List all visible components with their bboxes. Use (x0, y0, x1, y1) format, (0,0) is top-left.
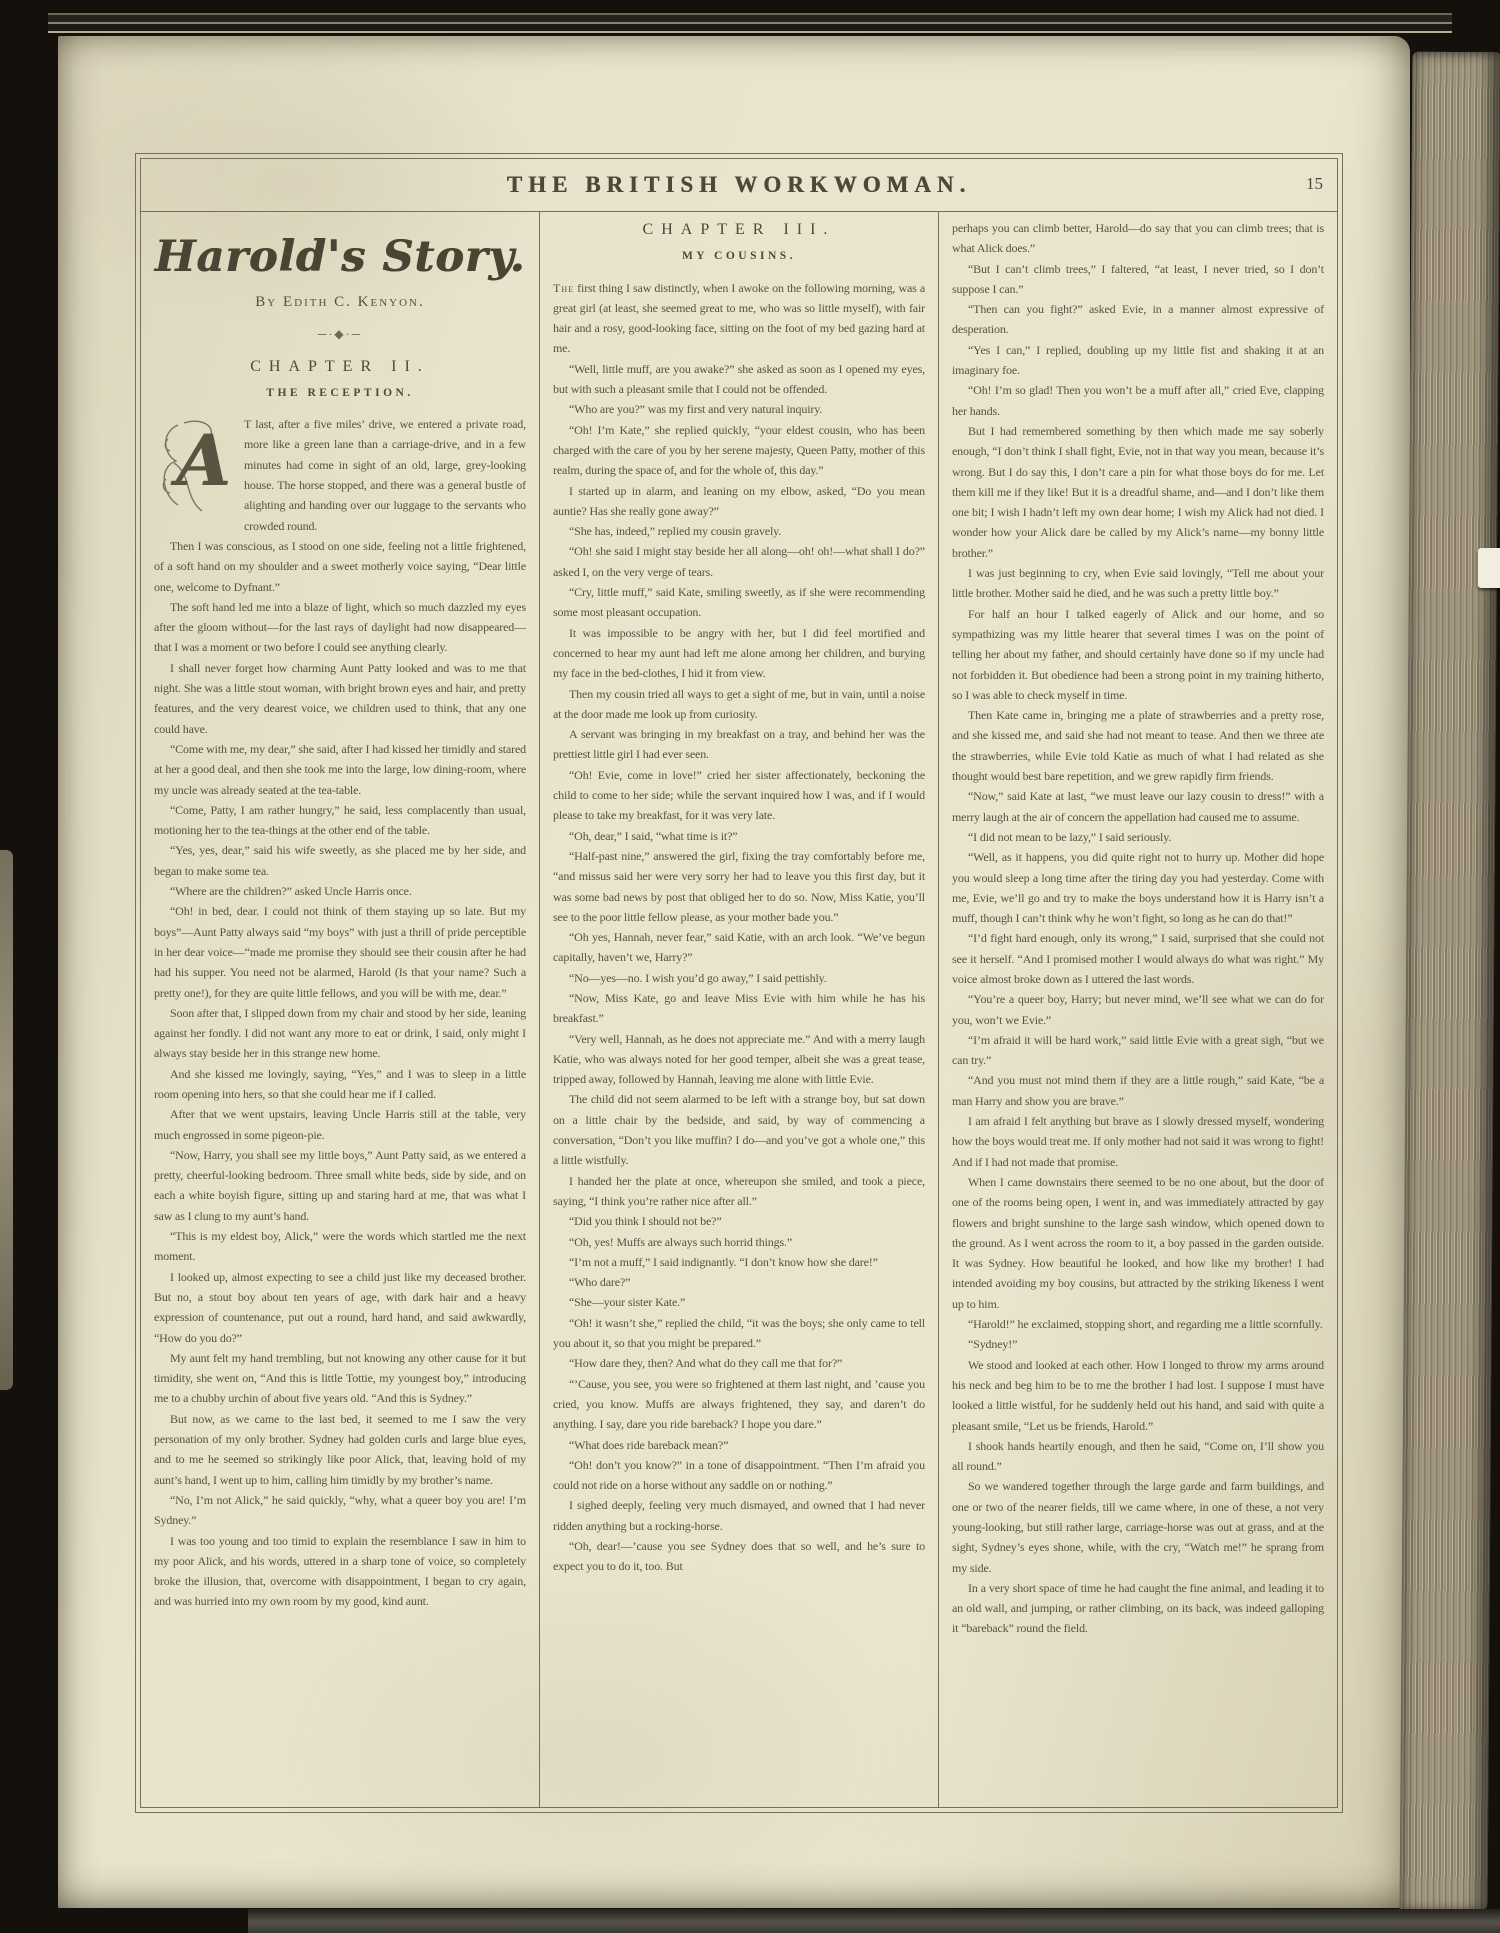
paragraph: “Yes I can,” I replied, doubling up my l… (952, 340, 1324, 381)
paragraph: “Well, little muff, are you awake?” she … (553, 359, 925, 400)
paragraph: “How dare they, then? And what do they c… (553, 1353, 925, 1373)
paragraph: “You’re a queer boy, Harry; but never mi… (952, 989, 1324, 1030)
paragraph: “I’m afraid it will be hard work,” said … (952, 1030, 1324, 1071)
paragraph: “Half-past nine,” answered the girl, fix… (553, 846, 925, 927)
masthead-title: THE BRITISH WORKWOMAN. (507, 172, 972, 198)
column-1: Harold's Story. By Edith C. Kenyon. ─·◆·… (141, 212, 539, 1807)
paragraph: “But I can’t climb trees,” I faltered, “… (952, 259, 1324, 300)
paragraph: I looked up, almost expecting to see a c… (154, 1267, 526, 1348)
opening-text: T last, after a five miles’ drive, we en… (244, 417, 526, 532)
paragraph: I was too young and too timid to explain… (154, 1531, 526, 1612)
paragraph: “Very well, Hannah, as he does not appre… (553, 1029, 925, 1090)
paragraph: “Well, as it happens, you did quite righ… (952, 847, 1324, 928)
paragraph: “Oh, dear!—’cause you see Sydney does th… (553, 1536, 925, 1577)
paragraph: I started up in alarm, and leaning on my… (553, 481, 925, 522)
dropcap: A (176, 411, 230, 511)
paragraph: “Yes, yes, dear,” said his wife sweetly,… (154, 840, 526, 881)
paragraph: But I had remembered something by then w… (952, 421, 1324, 563)
text-frame: THE BRITISH WORKWOMAN. 15 Harold's Story… (140, 158, 1338, 1808)
paragraph: “’Cause, you see, you were so frightened… (553, 1374, 925, 1435)
paragraph: Then my cousin tried all ways to get a s… (553, 684, 925, 725)
paragraph: “Oh! I’m so glad! Then you won’t be a mu… (952, 380, 1324, 421)
paragraph: “Oh yes, Hannah, never fear,” said Katie… (553, 927, 925, 968)
page-stack-bottom-edge (248, 1909, 1500, 1933)
paragraph: I was just beginning to cry, when Evie s… (952, 563, 1324, 604)
paragraph: I sighed deeply, feeling very much disma… (553, 1495, 925, 1536)
ornament-divider: ─·◆·─ (154, 324, 526, 344)
paragraph: “Oh! don’t you know?” in a tone of disap… (553, 1455, 925, 1496)
paragraph: “No, I’m not Alick,” he said quickly, “w… (154, 1490, 526, 1531)
paragraph: “She has, indeed,” replied my cousin gra… (553, 521, 925, 541)
paragraph: “Now,” said Kate at last, “we must leave… (952, 786, 1324, 827)
paragraph: Then Kate came in, bringing me a plate o… (952, 705, 1324, 786)
paragraph: “I’d fight hard enough, only its wrong,”… (952, 928, 1324, 989)
paragraph: “Oh, yes! Muffs are always such horrid t… (553, 1232, 925, 1252)
masthead: THE BRITISH WORKWOMAN. 15 (141, 159, 1337, 212)
paragraph: “Cry, little muff,” said Kate, smiling s… (553, 582, 925, 623)
bookmark-tab (1478, 548, 1500, 588)
book-page: THE BRITISH WORKWOMAN. 15 Harold's Story… (58, 36, 1410, 1908)
paragraph: Soon after that, I slipped down from my … (154, 1003, 526, 1064)
paragraph: We stood and looked at each other. How I… (952, 1355, 1324, 1436)
story-title: Harold's Story. (154, 232, 526, 282)
page-stack-fore-edge (1400, 52, 1500, 1913)
paragraph: I handed her the plate at once, whereupo… (553, 1171, 925, 1212)
paragraph: “This is my eldest boy, Alick,” were the… (154, 1226, 526, 1267)
paragraph: “What does ride bareback mean?” (553, 1435, 925, 1455)
paragraph: I shall never forget how charming Aunt P… (154, 658, 526, 739)
column3-paragraphs: perhaps you can climb better, Harold—do … (952, 218, 1324, 1639)
paragraph: After that we went upstairs, leaving Unc… (154, 1104, 526, 1145)
paragraph: In a very short space of time he had cau… (952, 1578, 1324, 1639)
book-scan-scene: THE BRITISH WORKWOMAN. 15 Harold's Story… (0, 0, 1500, 1933)
paragraph: “Did you think I should not be?” (553, 1211, 925, 1231)
paragraph: “Harold!” he exclaimed, stopping short, … (952, 1314, 1324, 1334)
paragraph: It was impossible to be angry with her, … (553, 623, 925, 684)
reception-heading: THE RECEPTION. (154, 383, 526, 403)
story-byline: By Edith C. Kenyon. (154, 292, 526, 312)
chapter-iii-heading: CHAPTER III. (553, 220, 925, 240)
paragraph: “Come with me, my dear,” she said, after… (154, 739, 526, 800)
paragraph: perhaps you can climb better, Harold—do … (952, 218, 1324, 259)
chapter3-paragraphs: “Well, little muff, are you awake?” she … (553, 359, 925, 1577)
chapter-ii-heading: CHAPTER II. (154, 357, 526, 377)
paragraph: “Oh! I’m Kate,” she replied quickly, “yo… (553, 420, 925, 481)
paragraph: “Oh! Evie, come in love!” cried her sist… (553, 765, 925, 826)
column-2: CHAPTER III. MY COUSINS. The first thing… (539, 212, 938, 1807)
dropcap-block: A (154, 417, 238, 519)
paragraph: “I did not mean to be lazy,” I said seri… (952, 827, 1324, 847)
paragraph: I shook hands heartily enough, and then … (952, 1436, 1324, 1477)
columns: Harold's Story. By Edith C. Kenyon. ─·◆·… (141, 212, 1337, 1807)
paragraph: “Sydney!” (952, 1334, 1324, 1354)
column-3: perhaps you can climb better, Harold—do … (938, 212, 1337, 1807)
paragraph: Then I was conscious, as I stood on one … (154, 536, 526, 597)
paragraph: “Now, Harry, you shall see my little boy… (154, 1145, 526, 1226)
page-number: 15 (1306, 174, 1323, 194)
paragraph: “And you must not mind them if they are … (952, 1070, 1324, 1111)
paragraph: “Oh, dear,” I said, “what time is it?” (553, 826, 925, 846)
paragraph: “Come, Patty, I am rather hungry,” he sa… (154, 800, 526, 841)
paragraph: I am afraid I felt anything but brave as… (952, 1111, 1324, 1172)
chapter2-paragraphs: Then I was conscious, as I stood on one … (154, 536, 526, 1612)
paragraph: My aunt felt my hand trembling, but not … (154, 1348, 526, 1409)
paragraph: “Where are the children?” asked Uncle Ha… (154, 881, 526, 901)
paragraph: “Now, Miss Kate, go and leave Miss Evie … (553, 988, 925, 1029)
paragraph: A servant was bringing in my breakfast o… (553, 724, 925, 765)
paragraph: “Who are you?” was my first and very nat… (553, 399, 925, 419)
chapter3-lead-paragraph: The first thing I saw distinctly, when I… (553, 278, 925, 359)
paragraph: And she kissed me lovingly, saying, “Yes… (154, 1064, 526, 1105)
lead-text: first thing I saw distinctly, when I awo… (553, 281, 925, 356)
paragraph: “Oh! she said I might stay beside her al… (553, 541, 925, 582)
paragraph: “Oh! it wasn’t she,” replied the child, … (553, 1313, 925, 1354)
paragraph: The soft hand led me into a blaze of lig… (154, 597, 526, 658)
paragraph: When I came downstairs there seemed to b… (952, 1172, 1324, 1314)
lead-word: The (553, 281, 574, 295)
paragraph: “Oh! in bed, dear. I could not think of … (154, 901, 526, 1002)
paragraph: But now, as we came to the last bed, it … (154, 1409, 526, 1490)
adjacent-page-edge (0, 850, 13, 1390)
my-cousins-heading: MY COUSINS. (553, 246, 925, 266)
opening-paragraph: A T last, after a five miles’ drive, we … (154, 414, 526, 536)
paragraph: So we wandered together through the larg… (952, 1476, 1324, 1577)
paragraph: “Who dare?” (553, 1272, 925, 1292)
paragraph: “She—your sister Kate.” (553, 1292, 925, 1312)
paragraph: “I’m not a muff,” I said indignantly. “I… (553, 1252, 925, 1272)
paragraph: “No—yes—no. I wish you’d go away,” I sai… (553, 968, 925, 988)
paragraph: The child did not seem alarmed to be lef… (553, 1089, 925, 1170)
paragraph: “Then can you fight?” asked Evie, in a m… (952, 299, 1324, 340)
paragraph: For half an hour I talked eagerly of Ali… (952, 604, 1324, 705)
